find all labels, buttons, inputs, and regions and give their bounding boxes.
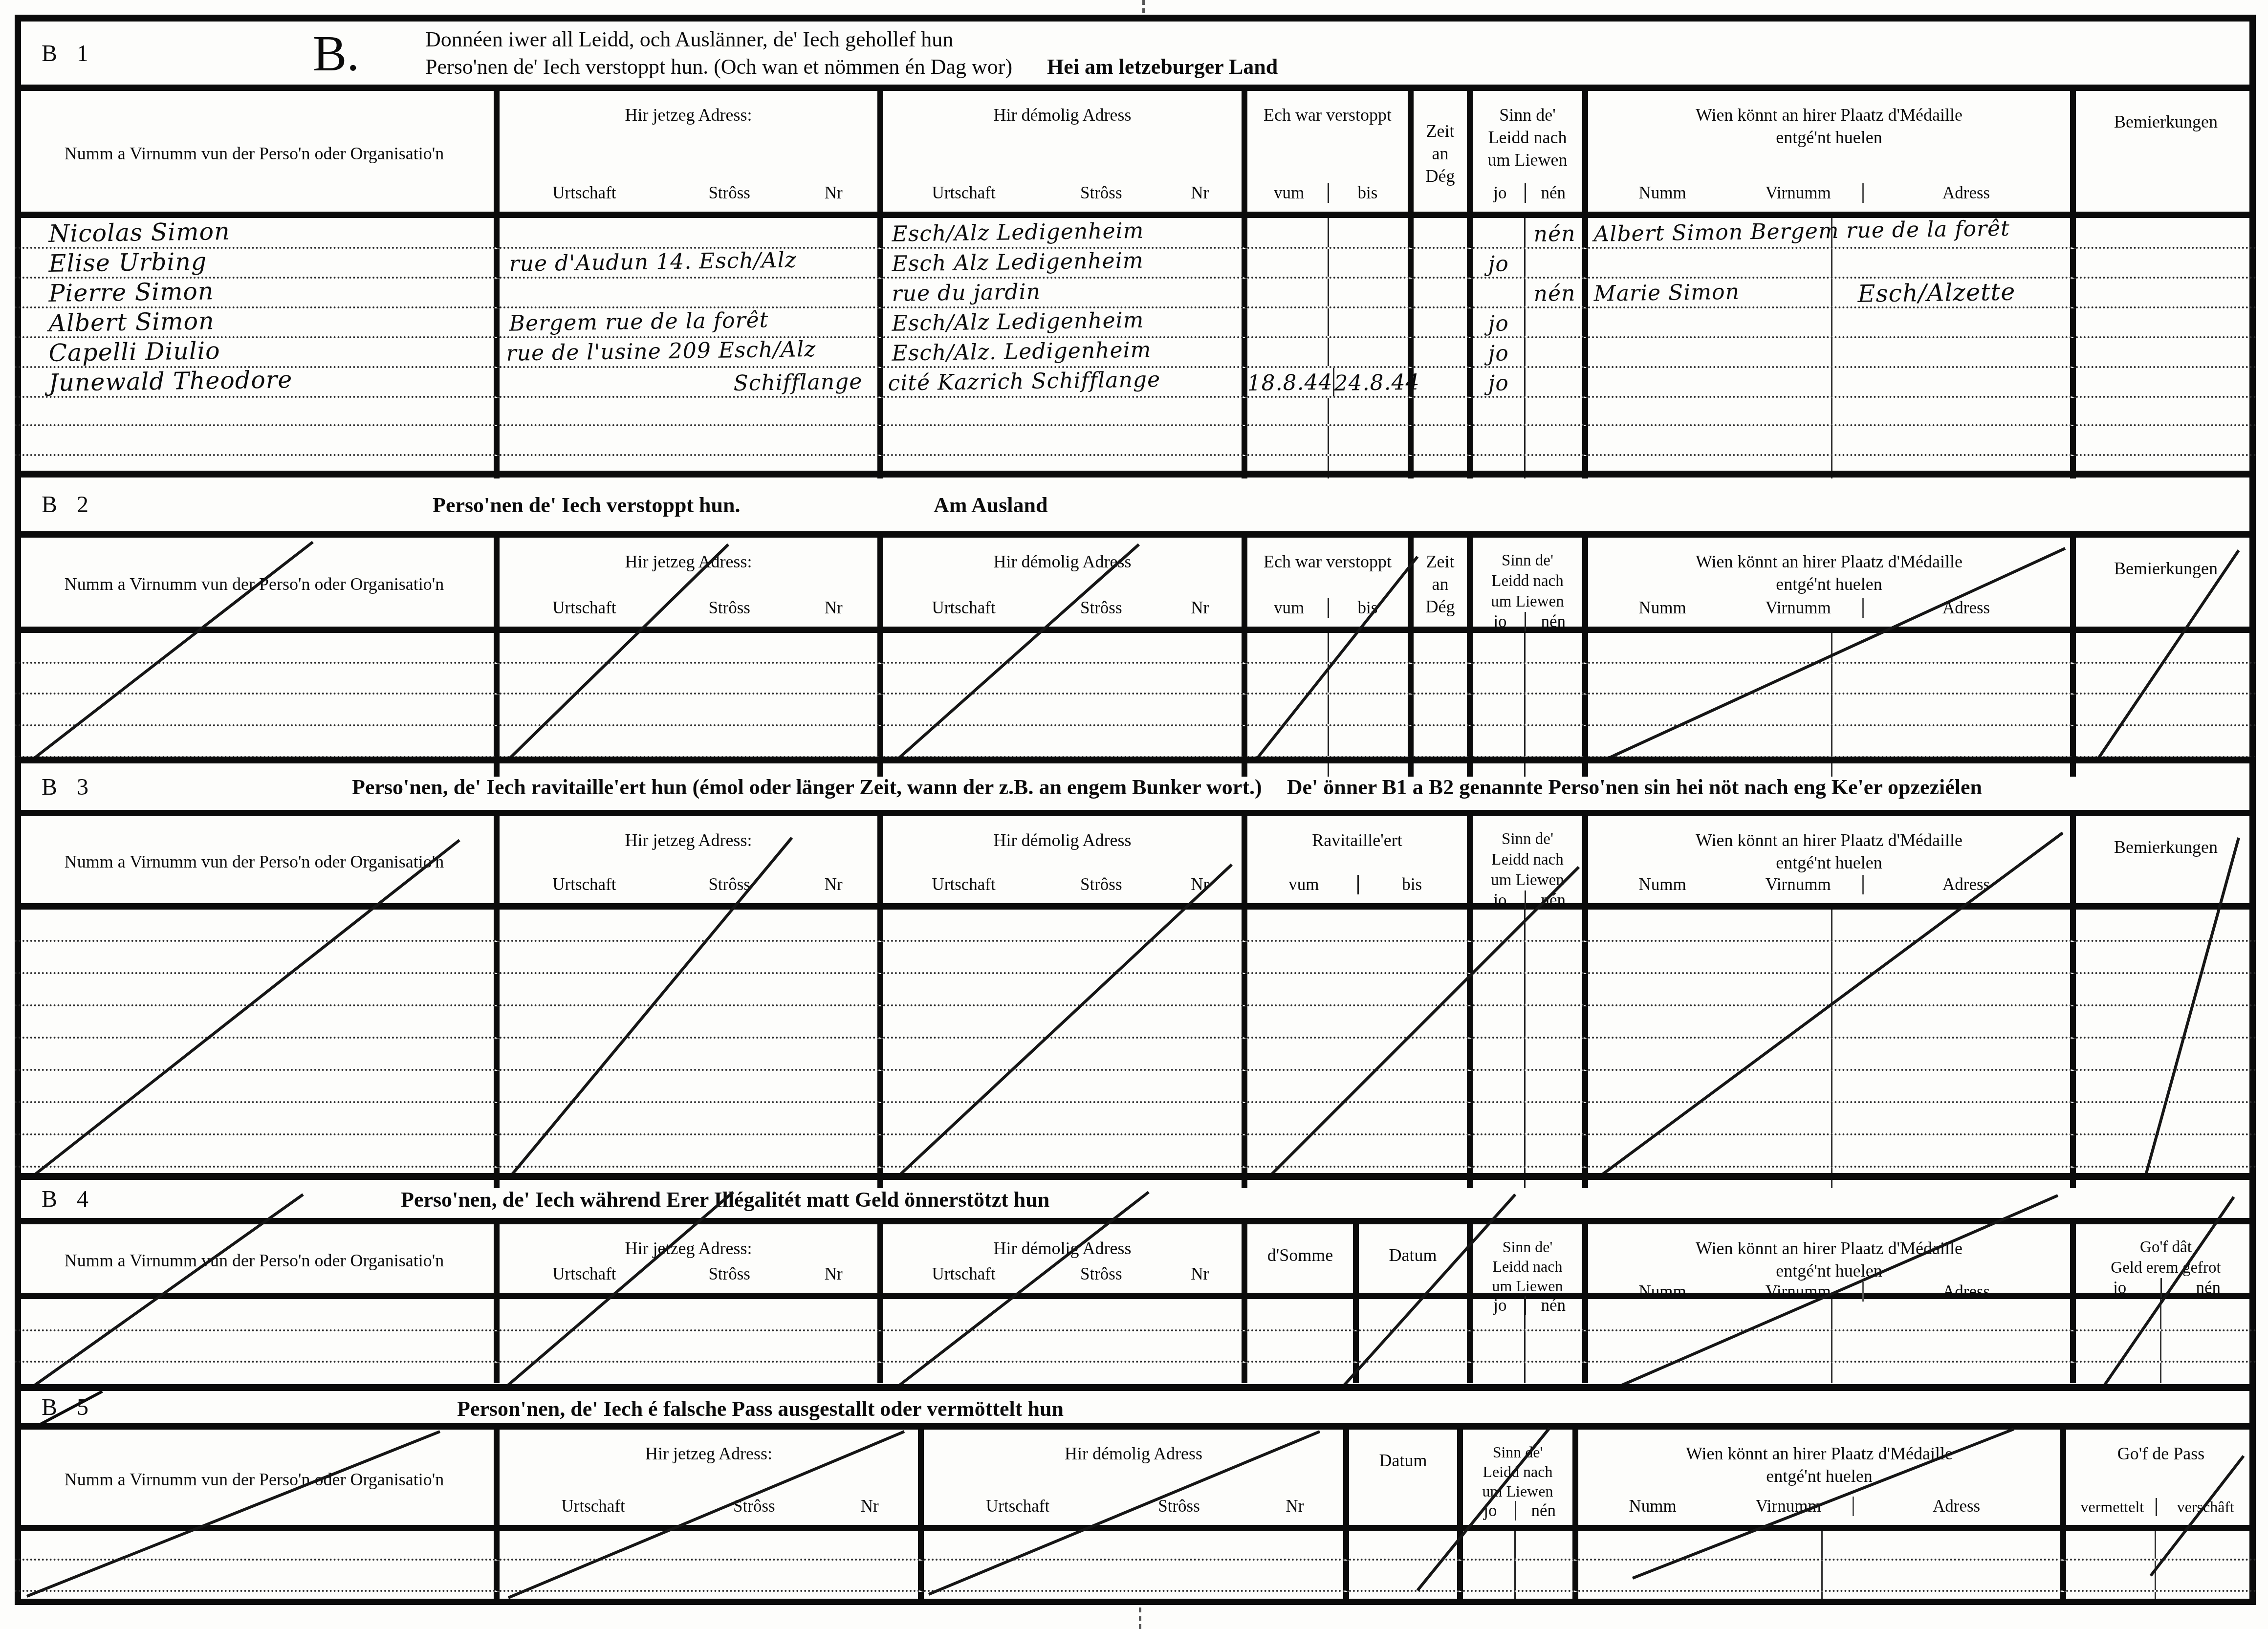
b3-col-jetzeg-adress: Hir jetzeg Adress: UrtschaftStrôssNr xyxy=(500,816,883,903)
b4-somme-label: d'Somme xyxy=(1267,1244,1333,1266)
handwritten-demolig: cité Kazrich Schifflange xyxy=(883,368,1160,396)
b2-wien-adress: Adress xyxy=(1864,598,2069,618)
b1-title-band: B 1 B. Donnéen iwer all Leidd, och Auslä… xyxy=(15,22,2256,85)
b2-demolig-urtschaft: Urtschaft xyxy=(886,598,1041,618)
b1-col-verstoppt: Ech war verstoppt vumbis xyxy=(1247,91,1414,212)
b1-verstoppt-label: Ech war verstoppt xyxy=(1264,104,1392,126)
table-row xyxy=(15,1071,2256,1103)
b3-wien-l1: Wien könnt an hirer Plaatz d'Médaille xyxy=(1696,829,1963,851)
b1-jetzeg-urtschaft: Urtschaft xyxy=(502,183,666,203)
b1-wien-numm: Numm xyxy=(1591,183,1734,203)
b3-col-wien: Wien könnt an hirer Plaatz d'Médaille en… xyxy=(1588,816,2076,903)
b5-header-top-rule xyxy=(15,1423,2256,1430)
table-row: Elise Urbing rue d'Audun 14. Esch/Alz Es… xyxy=(15,249,2256,279)
b4-wien-virnumm: Virnumm xyxy=(1734,1282,1864,1302)
b1-nen-label: nén xyxy=(1526,183,1581,203)
table-row xyxy=(15,1363,2256,1383)
section-b1: B 1 B. Donnéen iwer all Leidd, och Auslä… xyxy=(15,15,2256,478)
b5-title: Person'nen, de' Iech é falsche Pass ausg… xyxy=(457,1396,1064,1422)
b5-wien-virnumm: Virnumm xyxy=(1724,1497,1854,1516)
b4-column-headers: Numm a Virnumm vun der Perso'n oder Orga… xyxy=(15,1224,2256,1293)
b5-verschaft-label: verschâft xyxy=(2157,1498,2254,1516)
table-row xyxy=(15,1331,2256,1363)
handwritten-name: Nicolas Simon xyxy=(14,219,230,247)
b2-header-bottom-rule xyxy=(15,627,2256,633)
b4-gof-l2: Geld erem gefrot xyxy=(2111,1258,2221,1278)
handwritten-demolig: Esch/Alz. Ledigenheim xyxy=(883,338,1151,366)
b2-vum-label: vum xyxy=(1250,598,1329,618)
b3-col-sinn: Sinn de' Leidd nach um Liewen jonén xyxy=(1473,816,1588,903)
b1-vum-label: vum xyxy=(1250,183,1329,203)
b2-sinn-l3: um Liewen xyxy=(1491,591,1564,612)
b3-title-note: De' önner B1 a B2 genannte Perso'nen sin… xyxy=(1287,775,1982,799)
table-row xyxy=(15,1592,2256,1599)
b4-sinn-l2: Leidd nach xyxy=(1492,1257,1563,1276)
b2-bis-label: bis xyxy=(1329,598,1406,618)
handwritten-wien: Albert Simon Bergem rue de la forêt xyxy=(1588,217,2010,247)
b2-sinn-l1: Sinn de' xyxy=(1491,550,1564,571)
b5-demolig-nr: Nr xyxy=(1249,1497,1340,1516)
b3-demolig-label: Hir démolig Adress xyxy=(994,829,1132,851)
handwritten-jo: jo xyxy=(1488,252,1509,277)
b4-jetzeg-stross: Strôss xyxy=(666,1264,793,1284)
b2-zeit-l2: an xyxy=(1426,573,1455,595)
b2-bemierkungen-label: Bemierkungen xyxy=(2114,557,2218,580)
handwritten-name: Capelli Diulio xyxy=(14,339,220,366)
b4-sinn-l3: um Liewen xyxy=(1492,1276,1563,1296)
b2-jetzeg-label: Hir jetzeg Adress: xyxy=(625,550,752,573)
b1-demolig-stross: Strôss xyxy=(1041,183,1161,203)
b1-col-wien: Wien könnt an hirer Plaatz d'Médaille en… xyxy=(1588,91,2076,212)
b5-col-names: Numm a Virnumm vun der Perso'n oder Orga… xyxy=(15,1430,500,1525)
scanned-form-page: B 1 B. Donnéen iwer all Leidd, och Auslä… xyxy=(0,0,2268,1629)
table-row xyxy=(15,695,2256,726)
b3-wien-numm: Numm xyxy=(1591,875,1734,894)
b2-col-wien: Wien könnt an hirer Plaatz d'Médaille en… xyxy=(1588,538,2076,627)
b4-col-wien: Wien könnt an hirer Plaatz d'Médaille en… xyxy=(1588,1224,2076,1293)
b3-jo-label: jo xyxy=(1476,891,1526,910)
b5-jetzeg-urtschaft: Urtschaft xyxy=(502,1497,684,1516)
b2-header-top-rule xyxy=(15,531,2256,538)
table-row xyxy=(15,974,2256,1006)
b1-wien-l2: entgé'nt huelen xyxy=(1696,126,1963,149)
section-b3: B 3 Perso'nen, de' Iech ravitaille'ert h… xyxy=(15,757,2256,1188)
b2-demolig-nr: Nr xyxy=(1161,598,1239,618)
table-row xyxy=(15,664,2256,695)
b1-title-line1: Donnéen iwer all Leidd, och Auslänner, d… xyxy=(425,26,953,53)
table-row: Nicolas Simon Esch/Alz Ledigenheim nén A… xyxy=(15,218,2256,249)
b1-col-names: Numm a Virnumm vun der Perso'n oder Orga… xyxy=(15,91,500,212)
b5-demolig-stross: Strôss xyxy=(1109,1497,1249,1516)
handwritten-jetzeg: rue de l'usine 209 Esch/Alz xyxy=(499,337,816,366)
b5-title-band: B 5 Person'nen, de' Iech é falsche Pass … xyxy=(15,1391,2256,1423)
b5-nen-label: nén xyxy=(1516,1501,1571,1520)
handwritten-demolig: Esch/Alz Ledigenheim xyxy=(883,308,1144,336)
b2-nen-label: nén xyxy=(1526,612,1581,631)
b4-col-sinn: Sinn de' Leidd nach um Liewen jonén xyxy=(1473,1224,1588,1293)
handwritten-jetzeg: rue d'Audun 14. Esch/Alz xyxy=(499,248,797,277)
table-row xyxy=(15,1531,2256,1561)
b4-wien-l1: Wien könnt an hirer Plaatz d'Médaille xyxy=(1696,1237,1963,1260)
b2-col-demolig-adress: Hir démolig Adress UrtschaftStrôssNr xyxy=(883,538,1247,627)
b5-wien-numm: Numm xyxy=(1581,1497,1724,1516)
b1-jetzeg-nr: Nr xyxy=(793,183,874,203)
b2-jetzeg-nr: Nr xyxy=(793,598,874,618)
b1-col-jetzeg-adress: Hir jetzeg Adress: UrtschaftStrôssNr xyxy=(500,91,883,212)
b2-demolig-label: Hir démolig Adress xyxy=(994,550,1132,573)
handwritten-wien-adress: Esch/Alzette xyxy=(1857,280,2015,306)
b2-title: Perso'nen de' Iech verstoppt hun. xyxy=(433,492,740,519)
b2-data-rows xyxy=(15,633,2256,777)
b4-jetzeg-urtschaft: Urtschaft xyxy=(502,1264,666,1284)
b3-bis-label: bis xyxy=(1359,875,1466,894)
b5-vermettelt-label: vermettelt xyxy=(2069,1498,2157,1516)
b3-bemierkungen-label: Bemierkungen xyxy=(2114,836,2218,858)
b1-sinn-l2: Leidd nach xyxy=(1488,126,1568,149)
b1-jetzeg-stross: Strôss xyxy=(666,183,793,203)
b1-demolig-nr: Nr xyxy=(1161,183,1239,203)
b4-title-band: B 4 Perso'nen, de' Iech während Erer Ill… xyxy=(15,1180,2256,1218)
b2-zeit-l3: Dég xyxy=(1426,595,1455,618)
b1-col-demolig-adress: Hir démolig Adress UrtschaftStrôssNr xyxy=(883,91,1247,212)
table-row xyxy=(15,1135,2256,1168)
b2-verstoppt-label: Ech war verstoppt xyxy=(1264,550,1392,573)
b2-jo-label: jo xyxy=(1476,612,1526,631)
handwritten-name: Pierre Simon xyxy=(14,279,214,306)
b3-col-names: Numm a Virnumm vun der Perso'n oder Orga… xyxy=(15,816,500,903)
handwritten-nen: nén xyxy=(1533,282,1575,306)
b5-col-demolig-adress: Hir démolig Adress UrtschaftStrôssNr xyxy=(924,1430,1349,1525)
b5-col-wien: Wien könnt an hirer Plaatz d'Médaille en… xyxy=(1578,1430,2066,1525)
handwritten-name: Elise Urbing xyxy=(14,250,207,277)
b3-col-ravitailleert: Ravitaille'ert vumbis xyxy=(1247,816,1473,903)
b5-column-headers: Numm a Virnumm vun der Perso'n oder Orga… xyxy=(15,1430,2256,1525)
b3-wien-virnumm: Virnumm xyxy=(1734,875,1864,894)
b2-section-id: B 2 xyxy=(42,491,95,518)
b5-datum-label: Datum xyxy=(1379,1449,1427,1472)
b1-zeit-l2: an xyxy=(1426,142,1455,165)
handwritten-name: Albert Simon xyxy=(14,309,215,336)
b5-sinn-l1: Sinn de' xyxy=(1483,1442,1553,1462)
handwritten-jo: jo xyxy=(1488,371,1509,396)
b1-zeit-l3: Dég xyxy=(1426,165,1455,187)
table-row xyxy=(15,398,2256,426)
b2-col-names: Numm a Virnumm vun der Perso'n oder Orga… xyxy=(15,538,500,627)
b4-demolig-urtschaft: Urtschaft xyxy=(886,1264,1041,1284)
table-row: Albert Simon Bergem rue de la forêt Esch… xyxy=(15,308,2256,338)
b3-data-rows xyxy=(15,910,2256,1188)
section-b4: B 4 Perso'nen, de' Iech während Erer Ill… xyxy=(15,1173,2256,1383)
b4-gof-jo-label: jo xyxy=(2079,1278,2162,1298)
b5-jetzeg-label: Hir jetzeg Adress: xyxy=(645,1442,772,1465)
table-row xyxy=(15,910,2256,942)
b4-wien-l2: entgé'nt huelen xyxy=(1696,1260,1963,1282)
b3-wien-adress: Adress xyxy=(1864,875,2069,894)
b1-big-letter: B. xyxy=(313,24,359,83)
b2-zeit-l1: Zeit xyxy=(1426,550,1455,573)
b4-col-names: Numm a Virnumm vun der Perso'n oder Orga… xyxy=(15,1224,500,1293)
b2-col-verstoppt: Ech war verstoppt vumbis xyxy=(1247,538,1414,627)
b1-col-sinn: Sinn de' Leidd nach um Liewen jonén xyxy=(1473,91,1588,212)
b1-names-header-label: Numm a Virnumm vun der Perso'n oder Orga… xyxy=(65,142,444,165)
b3-names-header-label: Numm a Virnumm vun der Perso'n oder Orga… xyxy=(65,850,444,873)
b2-wien-virnumm: Virnumm xyxy=(1734,598,1864,618)
b5-wien-adress: Adress xyxy=(1854,1497,2059,1516)
b4-col-gof-geld: Go'f dât Geld erem gefrot jonén xyxy=(2076,1224,2256,1293)
b2-col-zeit: Zeit an Dég xyxy=(1414,538,1473,627)
b2-subtitle: Am Ausland xyxy=(934,492,1048,519)
b3-jetzeg-label: Hir jetzeg Adress: xyxy=(625,829,752,851)
b5-sinn-l3: um Liewen xyxy=(1483,1481,1553,1501)
b4-wien-adress: Adress xyxy=(1864,1282,2069,1302)
handwritten-jetzeg: Schifflange xyxy=(734,369,877,396)
table-row: Capelli Diulio rue de l'usine 209 Esch/A… xyxy=(15,338,2256,368)
b5-col-jetzeg-adress: Hir jetzeg Adress: UrtschaftStrôssNr xyxy=(500,1430,924,1525)
table-row: Junewald Theodore Schifflange cité Kazri… xyxy=(15,368,2256,398)
b3-wien-l2: entgé'nt huelen xyxy=(1696,851,1963,874)
b4-demolig-nr: Nr xyxy=(1161,1264,1239,1284)
b4-sinn-l1: Sinn de' xyxy=(1492,1237,1563,1257)
handwritten-jo: jo xyxy=(1488,311,1509,336)
b4-jetzeg-label: Hir jetzeg Adress: xyxy=(625,1237,752,1260)
b3-jetzeg-urtschaft: Urtschaft xyxy=(502,875,666,894)
b3-header-top-rule xyxy=(15,810,2256,816)
b5-gof-label: Go'f de Pass xyxy=(2117,1442,2204,1465)
b5-header-bottom-rule xyxy=(15,1525,2256,1531)
b3-ravitailleert-label: Ravitaille'ert xyxy=(1312,829,1402,851)
b3-sinn-l3: um Liewen xyxy=(1491,870,1564,891)
b3-col-bemierkungen: Bemierkungen xyxy=(2076,816,2256,903)
b3-title-main: Perso'nen, de' Iech ravitaille'ert hun (… xyxy=(352,775,1262,799)
table-row xyxy=(15,1006,2256,1039)
b3-col-demolig-adress: Hir démolig Adress UrtschaftStrôssNr xyxy=(883,816,1247,903)
b1-wien-virnumm: Virnumm xyxy=(1734,183,1864,203)
b3-sinn-l2: Leidd nach xyxy=(1491,849,1564,870)
b3-header-bottom-rule xyxy=(15,903,2256,910)
b1-section-id: B 1 xyxy=(42,40,95,66)
b3-jetzeg-stross: Strôss xyxy=(666,875,793,894)
b4-header-top-rule xyxy=(15,1218,2256,1224)
b4-gof-l1: Go'f dât xyxy=(2111,1237,2221,1258)
table-row xyxy=(15,633,2256,664)
b2-jetzeg-stross: Strôss xyxy=(666,598,793,618)
b3-demolig-urtschaft: Urtschaft xyxy=(886,875,1041,894)
b4-col-demolig-adress: Hir démolig Adress UrtschaftStrôssNr xyxy=(883,1224,1247,1293)
b5-demolig-urtschaft: Urtschaft xyxy=(927,1497,1109,1516)
handwritten-jetzeg: Bergem rue de la forêt xyxy=(499,308,768,336)
b3-section-id: B 3 xyxy=(42,773,95,800)
table-row xyxy=(15,1299,2256,1331)
table-row xyxy=(15,726,2256,758)
b1-sinn-l1: Sinn de' xyxy=(1488,104,1568,126)
b5-wien-l1: Wien könnt an hirer Plaatz d'Médaille xyxy=(1686,1442,1953,1465)
b5-data-rows xyxy=(15,1531,2256,1599)
b5-sinn-l2: Leidd nach xyxy=(1483,1462,1553,1481)
handwritten-demolig: Esch/Alz Ledigenheim xyxy=(883,219,1144,247)
b1-header-top-rule xyxy=(15,85,2256,91)
b1-zeit-l1: Zeit xyxy=(1426,120,1455,142)
b2-jetzeg-urtschaft: Urtschaft xyxy=(502,598,666,618)
b2-wien-l1: Wien könnt an hirer Plaatz d'Médaille xyxy=(1696,550,1963,573)
b2-title-band: B 2 Perso'nen de' Iech verstoppt hun. Am… xyxy=(15,478,2256,531)
b1-wien-adress: Adress xyxy=(1864,183,2069,203)
b4-col-somme: d'Somme xyxy=(1247,1224,1359,1293)
table-row xyxy=(15,942,2256,974)
b1-col-bemierkungen: Bemierkungen xyxy=(2076,91,2256,212)
b5-jo-label: jo xyxy=(1466,1501,1516,1520)
b5-col-gof-pass: Go'f de Pass vermetteltverschâft xyxy=(2066,1430,2256,1525)
section-b2: B 2 Perso'nen de' Iech verstoppt hun. Am… xyxy=(15,471,2256,777)
b5-jetzeg-nr: Nr xyxy=(824,1497,915,1516)
b2-wien-numm: Numm xyxy=(1591,598,1734,618)
b5-bottom-rule xyxy=(15,1599,2256,1605)
b1-bis-label: bis xyxy=(1329,183,1406,203)
b2-col-sinn: Sinn de' Leidd nach um Liewen jonén xyxy=(1473,538,1588,627)
b4-gof-nen-label: nén xyxy=(2162,1278,2254,1298)
b1-sinn-l3: um Liewen xyxy=(1488,149,1568,171)
b4-col-datum: Datum xyxy=(1359,1224,1473,1293)
b2-names-header-label: Numm a Virnumm vun der Perso'n oder Orga… xyxy=(65,573,444,595)
b1-title-line2-text: Perso'nen de' Iech verstoppt hun. (Och w… xyxy=(425,55,1012,79)
b5-jetzeg-stross: Strôss xyxy=(684,1497,824,1516)
b1-bemierkungen-label: Bemierkungen xyxy=(2114,110,2218,133)
b3-sinn-l1: Sinn de' xyxy=(1491,829,1564,849)
b3-title-band: B 3 Perso'nen, de' Iech ravitaille'ert h… xyxy=(15,763,2256,810)
b4-names-header-label: Numm a Virnumm vun der Perso'n oder Orga… xyxy=(65,1249,444,1272)
section-b5: B 5 Person'nen, de' Iech é falsche Pass … xyxy=(15,1384,2256,1605)
table-row xyxy=(15,1103,2256,1135)
b2-column-headers: Numm a Virnumm vun der Perso'n oder Orga… xyxy=(15,538,2256,627)
b5-col-datum: Datum xyxy=(1349,1430,1463,1525)
handwritten-wien: Marie Simon xyxy=(1588,280,1740,306)
b3-title: Perso'nen, de' Iech ravitaille'ert hun (… xyxy=(352,774,1982,801)
b3-jetzeg-nr: Nr xyxy=(793,875,874,894)
b1-column-headers: Numm a Virnumm vun der Perso'n oder Orga… xyxy=(15,91,2256,212)
b2-col-bemierkungen: Bemierkungen xyxy=(2076,538,2256,627)
b1-wien-l1: Wien könnt an hirer Plaatz d'Médaille xyxy=(1696,104,1963,126)
b3-column-headers: Numm a Virnumm vun der Perso'n oder Orga… xyxy=(15,816,2256,903)
b1-title-line2-bold: Hei am letzeburger Land xyxy=(1047,55,1278,79)
b4-section-id: B 4 xyxy=(42,1186,95,1213)
b5-names-header-label: Numm a Virnumm vun der Perso'n oder Orga… xyxy=(65,1468,444,1491)
handwritten-nen: nén xyxy=(1533,222,1575,247)
b2-wien-l2: entgé'nt huelen xyxy=(1696,573,1963,595)
b2-sinn-l2: Leidd nach xyxy=(1491,571,1564,591)
b4-title: Perso'nen, de' Iech während Erer Illégal… xyxy=(401,1187,1049,1213)
b1-data-rows: Nicolas Simon Esch/Alz Ledigenheim nén A… xyxy=(15,218,2256,478)
b1-demolig-label: Hir démolig Adress xyxy=(994,104,1132,126)
b1-title-line2: Perso'nen de' Iech verstoppt hun. (Och w… xyxy=(425,54,1278,80)
b4-jetzeg-nr: Nr xyxy=(793,1264,874,1284)
b3-demolig-nr: Nr xyxy=(1161,875,1239,894)
handwritten-demolig: Esch Alz Ledigenheim xyxy=(883,249,1144,277)
table-row xyxy=(15,1039,2256,1071)
handwritten-bis: 24.8.44 xyxy=(1334,370,1420,396)
b4-datum-label: Datum xyxy=(1389,1244,1437,1266)
table-row xyxy=(15,1561,2256,1592)
handwritten-demolig: rue du jardin xyxy=(883,280,1041,306)
b1-demolig-urtschaft: Urtschaft xyxy=(886,183,1041,203)
b1-col-zeit: Zeit an Dég xyxy=(1414,91,1473,212)
b5-col-sinn: Sinn de' Leidd nach um Liewen jonén xyxy=(1463,1430,1578,1525)
handwritten-name: Junewald Theodore xyxy=(14,368,292,396)
b3-demolig-stross: Strôss xyxy=(1041,875,1161,894)
b4-demolig-stross: Strôss xyxy=(1041,1264,1161,1284)
b4-wien-numm: Numm xyxy=(1591,1282,1734,1302)
b3-vum-label: vum xyxy=(1250,875,1359,894)
b5-demolig-label: Hir démolig Adress xyxy=(1065,1442,1202,1465)
handwritten-vum: 18.8.44 xyxy=(1247,370,1333,396)
b2-demolig-stross: Strôss xyxy=(1041,598,1161,618)
b1-jetzeg-label: Hir jetzeg Adress: xyxy=(625,104,752,126)
b1-jo-label: jo xyxy=(1476,183,1526,203)
handwritten-jo: jo xyxy=(1488,341,1509,366)
table-row xyxy=(15,426,2256,456)
table-row: Pierre Simon rue du jardin nén Marie Sim… xyxy=(15,279,2256,308)
b2-col-jetzeg-adress: Hir jetzeg Adress: UrtschaftStrôssNr xyxy=(500,538,883,627)
b4-demolig-label: Hir démolig Adress xyxy=(994,1237,1132,1260)
b3-nen-label: nén xyxy=(1526,891,1581,910)
b4-col-jetzeg-adress: Hir jetzeg Adress: UrtschaftStrôssNr xyxy=(500,1224,883,1293)
b4-data-rows xyxy=(15,1299,2256,1383)
b5-wien-l2: entgé'nt huelen xyxy=(1686,1465,1953,1487)
